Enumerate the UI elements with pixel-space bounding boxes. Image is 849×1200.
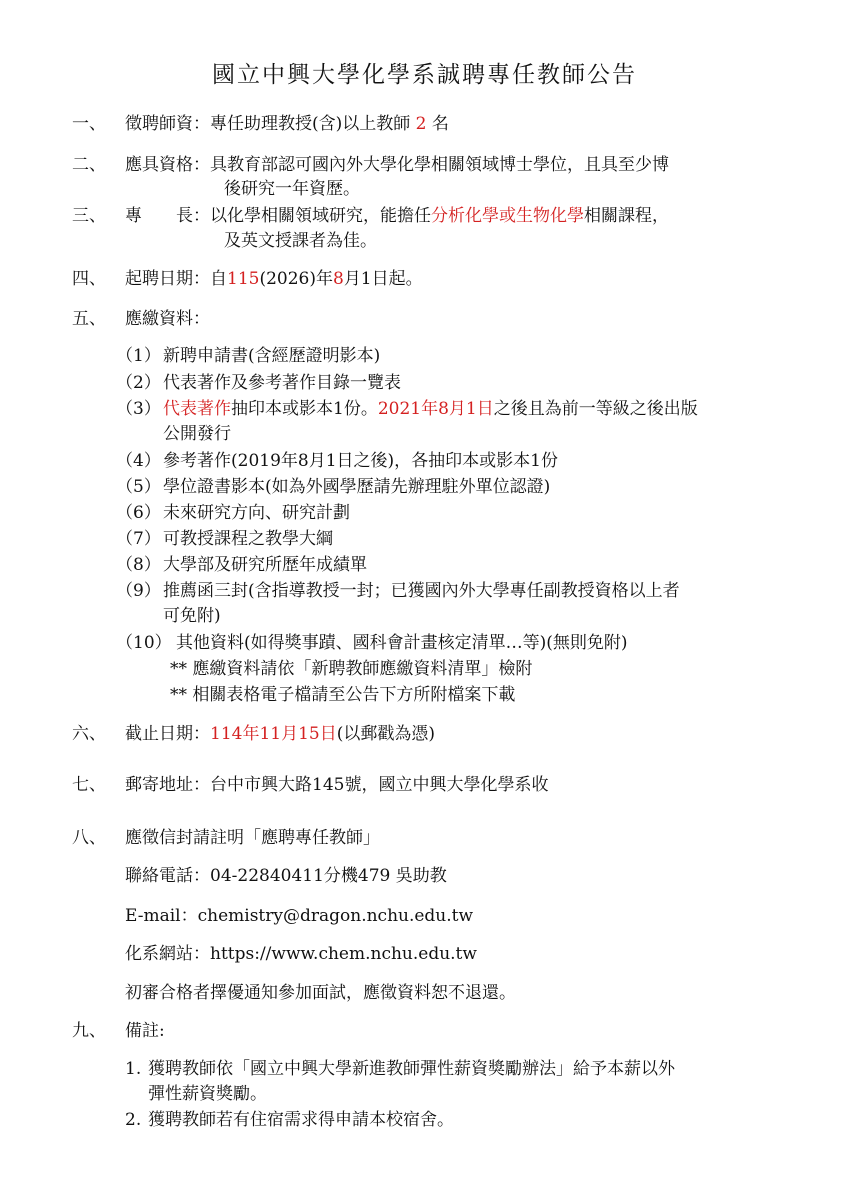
page-title: 國立中興大學化學系誠聘專任教師公告	[0, 56, 849, 89]
specialty-highlight: 分析化學或生物化學	[431, 206, 584, 226]
section-number-1: 一、	[72, 112, 106, 136]
doc-item-number: （2）	[116, 371, 161, 395]
announcement-page: 國立中興大學化學系誠聘專任教師公告 一、 徵聘師資：專任助理教授(含)以上教師 …	[0, 0, 849, 1200]
section-number-4: 四、	[72, 267, 106, 291]
email-link[interactable]: chemistry@dragon.nchu.edu.tw	[198, 906, 473, 926]
deadline-date: 114年11月15日	[210, 724, 337, 744]
contact-phone: 聯絡電話：04-22840411分機479 吳助教	[125, 864, 447, 888]
section-2-line2: 後研究一年資歷。	[224, 177, 360, 201]
doc-item-number: （9）	[116, 579, 161, 603]
remark-item-line2: 彈性薪資獎勵。	[148, 1082, 267, 1106]
doc-item: 未來研究方向、研究計劃	[163, 501, 350, 525]
remark-number: 1.	[125, 1057, 141, 1081]
label: 徵聘師資：	[125, 114, 210, 134]
doc-item-number: （1）	[116, 344, 161, 368]
doc-item: 可教授課程之教學大綱	[163, 527, 333, 551]
doc-item: 推薦函三封(含指導教授一封；已獲國內外大學專任副教授資格以上者	[163, 579, 680, 603]
section-2-qualifications: 應具資格：具教育部認可國內外大學化學相關領域博士學位，且具至少博	[125, 153, 669, 177]
doc-item: 代表著作及參考著作目錄一覽表	[163, 371, 401, 395]
contact-email: E-mail：chemistry@dragon.nchu.edu.tw	[125, 904, 473, 928]
doc-item-number: （5）	[116, 475, 161, 499]
section-number-8: 八、	[72, 826, 106, 850]
section-1-recruitment: 徵聘師資：專任助理教授(含)以上教師 2 名	[125, 112, 449, 136]
section-number-5: 五、	[72, 307, 106, 331]
doc-note: ** 相關表格電子檔請至公告下方所附檔案下載	[170, 683, 515, 707]
remark-item: 獲聘教師若有住宿需求得申請本校宿舍。	[148, 1108, 454, 1132]
section-number-3: 三、	[72, 204, 106, 228]
doc-item-number: （4）	[116, 449, 161, 473]
doc-item: 參考著作(2019年8月1日之後)，各抽印本或影本1份	[163, 449, 558, 473]
position-count: 2	[416, 114, 427, 134]
doc-item: 大學部及研究所歷年成績單	[163, 553, 367, 577]
section-number-9: 九、	[72, 1019, 106, 1043]
doc-item-number: （8）	[116, 553, 161, 577]
section-3-line2: 及英文授課者為佳。	[224, 229, 377, 253]
section-number-2: 二、	[72, 153, 106, 177]
doc-item: 學位證書影本(如為外國學歷請先辦理駐外單位認證)	[163, 475, 550, 499]
section-number-6: 六、	[72, 722, 106, 746]
doc-item-number: （10）	[116, 631, 172, 655]
website-link[interactable]: https://www.chem.nchu.edu.tw	[210, 944, 477, 964]
section-7-address: 郵寄地址：台中市興大路145號，國立中興大學化學系收	[125, 773, 548, 797]
doc-item: 代表著作抽印本或影本1份。2021年8月1日之後且為前一等級之後出版	[163, 397, 698, 421]
doc-item-number: （6）	[116, 501, 161, 525]
remark-number: 2.	[125, 1108, 141, 1132]
doc-item: 新聘申請書(含經歷證明影本)	[163, 344, 380, 368]
doc-item-line2: 公開發行	[163, 422, 231, 446]
section-5-required-docs: 應繳資料：	[125, 307, 210, 331]
section-8-envelope: 應徵信封請註明「應聘專任教師」	[125, 826, 380, 850]
doc-note: ** 應繳資料請依「新聘教師應繳資料清單」檢附	[170, 657, 532, 681]
section-3-specialty: 專 長：以化學相關領域研究，能擔任分析化學或生物化學相關課程，	[125, 204, 669, 228]
doc-item: 其他資料(如得獎事蹟、國科會計畫核定清單…等)(無則免附)	[176, 631, 628, 655]
doc-item-line2: 可免附)	[163, 604, 221, 628]
section-9-remarks: 備註:	[125, 1019, 165, 1043]
section-number-7: 七、	[72, 773, 106, 797]
interview-note: 初審合格者擇優通知參加面試，應徵資料恕不退還。	[125, 981, 516, 1005]
doc-item-number: （7）	[116, 527, 161, 551]
section-4-start-date: 起聘日期：自115(2026)年8月1日起。	[125, 267, 423, 291]
doc-item-number: （3）	[116, 397, 161, 421]
remark-item: 獲聘教師依「國立中興大學新進教師彈性薪資獎勵辦法」給予本薪以外	[148, 1057, 675, 1081]
contact-website: 化系網站：https://www.chem.nchu.edu.tw	[125, 942, 477, 966]
section-6-deadline: 截止日期：114年11月15日(以郵戳為憑)	[125, 722, 435, 746]
